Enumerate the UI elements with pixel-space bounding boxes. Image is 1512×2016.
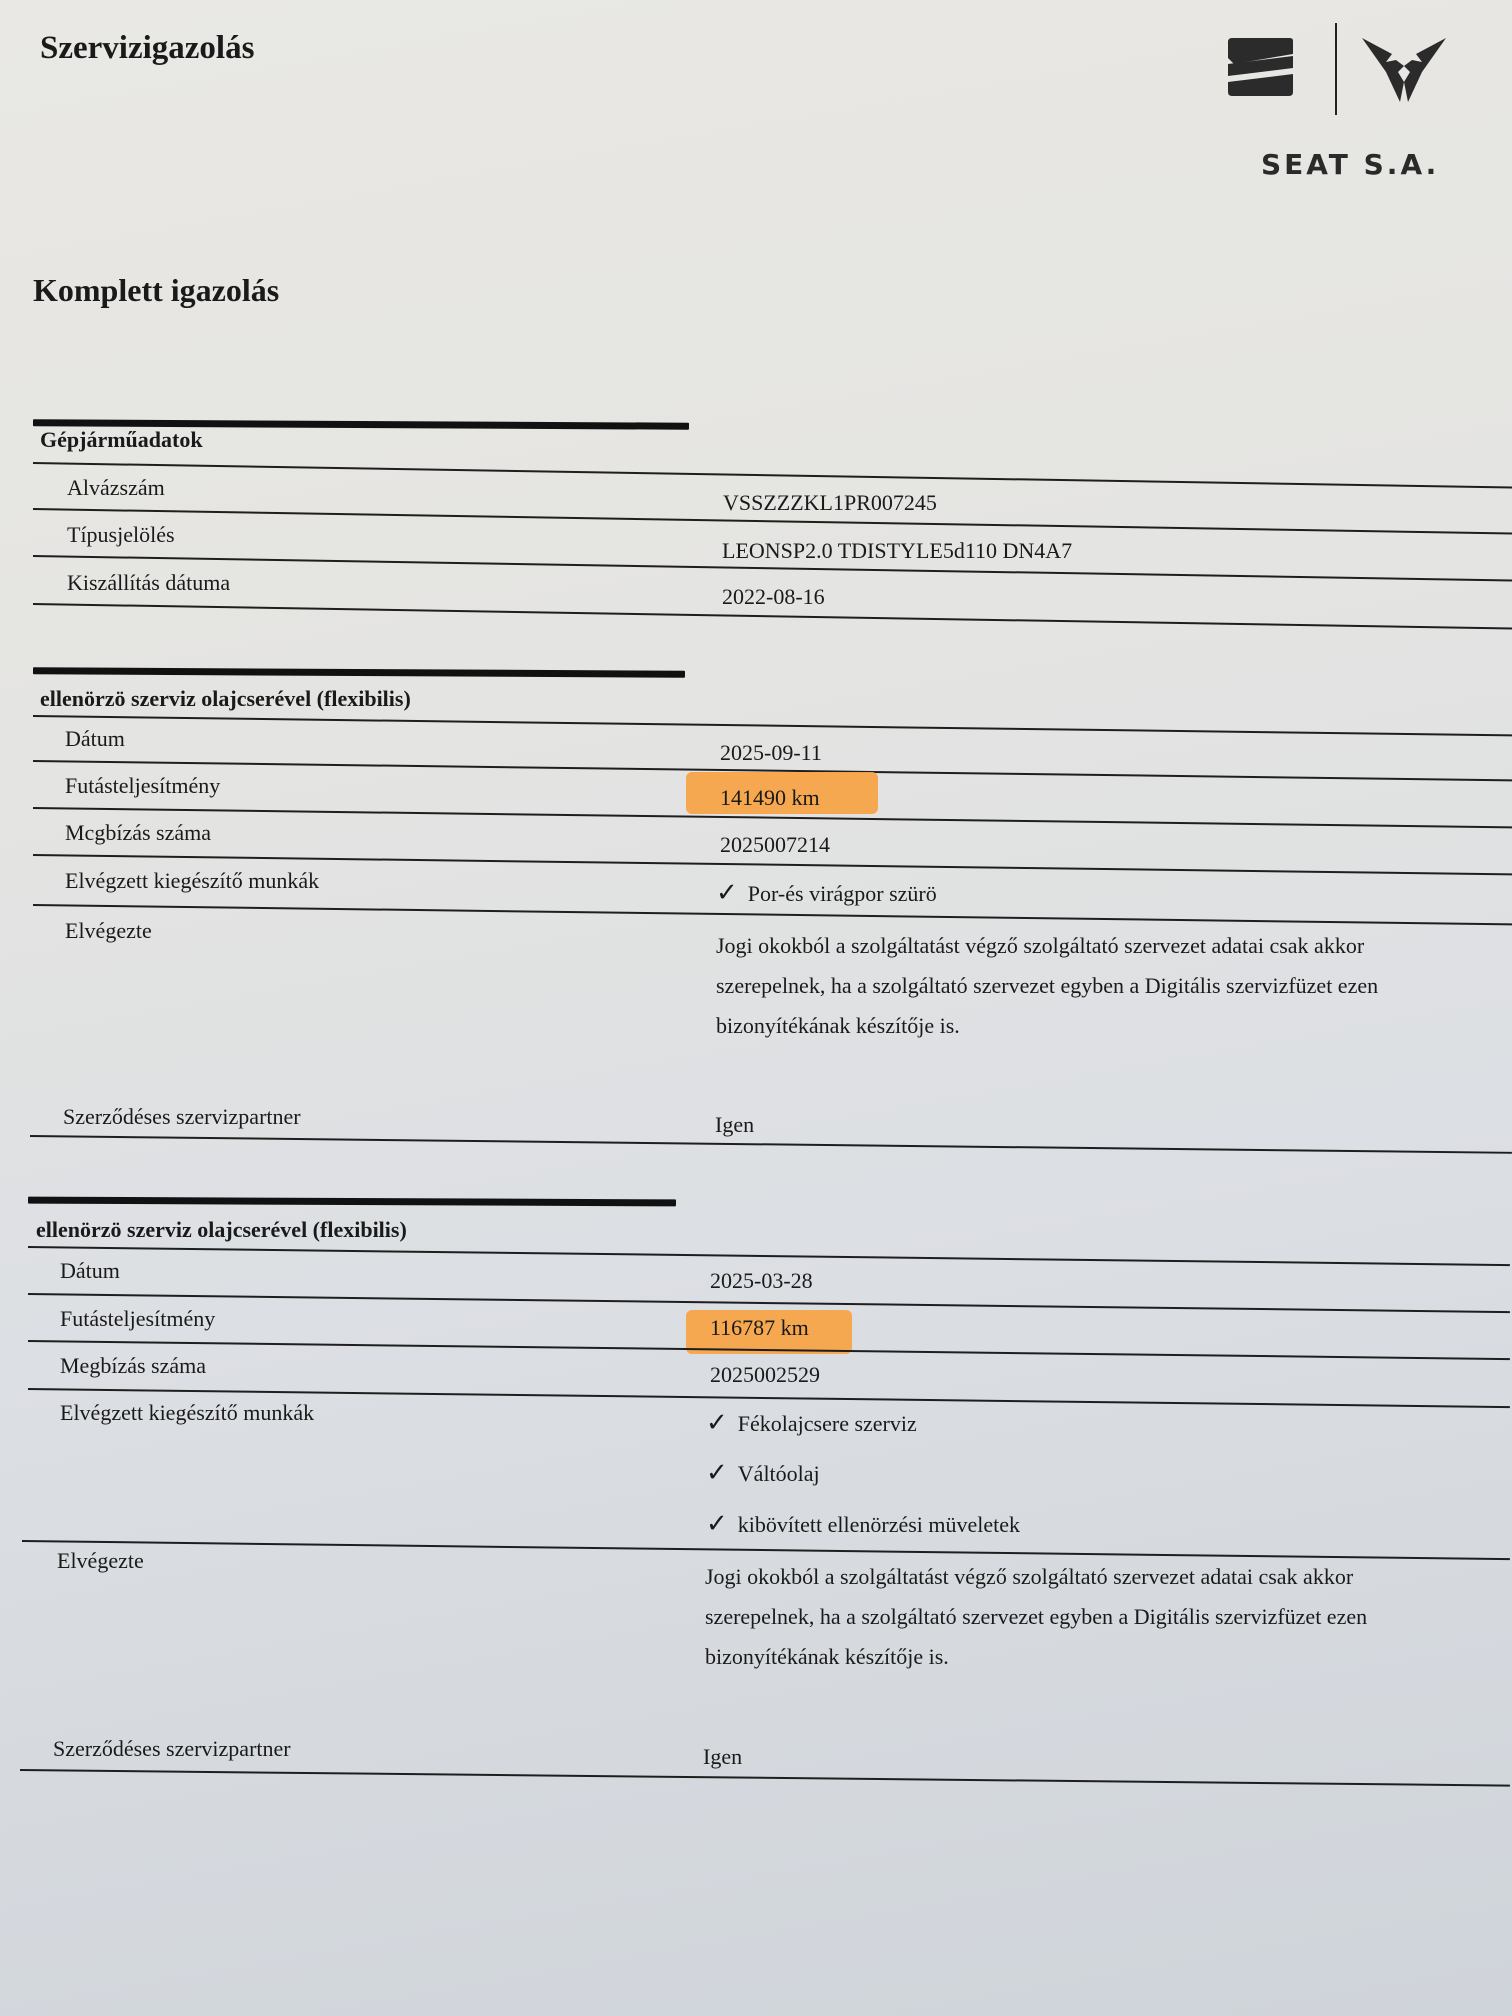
- seat-logo-icon: [1228, 38, 1293, 96]
- checkmark-icon: ✓: [706, 1458, 728, 1487]
- service-1-partner-label: Szerződéses szervizpartner: [63, 1104, 301, 1130]
- service-2-partner-label: Szerződéses szervizpartner: [53, 1736, 291, 1762]
- service-1-mileage: 141490 km: [720, 785, 820, 811]
- service-1-date: 2025-09-11: [720, 740, 822, 766]
- service-1-extra-label: Elvégzett kiegészítő munkák: [65, 868, 319, 894]
- service-2-date-label: Dátum: [60, 1258, 120, 1284]
- service-2-extra-item: ✓Fékolajcsere szerviz: [706, 1408, 917, 1438]
- service-2-mileage: 116787 km: [710, 1315, 809, 1341]
- service-2-order-label: Megbízás száma: [60, 1353, 206, 1379]
- document-title: Szervizigazolás: [40, 30, 254, 67]
- logo-divider: [1335, 23, 1337, 115]
- section-bar: [28, 1197, 676, 1207]
- delivery-date-label: Kiszállítás dátuma: [67, 570, 230, 596]
- type-value: LEONSP2.0 TDISTYLE5d110 DN4A7: [722, 538, 1072, 564]
- vehicle-section-title: Gépjárműadatok: [40, 427, 203, 453]
- service-1-extra-item: ✓Por-és virágpor szürö: [716, 878, 937, 908]
- divider: [33, 715, 1512, 736]
- service-1-partner: Igen: [715, 1112, 754, 1138]
- delivery-date-value: 2022-08-16: [722, 584, 825, 610]
- subtitle: Komplett igazolás: [33, 272, 279, 309]
- service-2-title: ellenörzö szerviz olajcserével (flexibil…: [36, 1217, 407, 1243]
- cupra-logo-icon: [1362, 38, 1446, 102]
- service-1-performed-text: Jogi okokból a szolgáltatást végző szolg…: [716, 926, 1476, 1046]
- brand-name: SEAT S.A.: [1261, 148, 1439, 181]
- vin-label: Alvázszám: [67, 475, 165, 501]
- service-2-extra-label: Elvégzett kiegészítő munkák: [60, 1400, 314, 1426]
- service-2-partner: Igen: [703, 1744, 742, 1770]
- service-2-extra-item: ✓Váltóolaj: [706, 1458, 820, 1488]
- service-2-mileage-label: Futásteljesítmény: [60, 1306, 215, 1332]
- service-1-order-label: Mcgbízás száma: [65, 820, 211, 846]
- service-1-mileage-label: Futásteljesítmény: [65, 773, 220, 799]
- brand-logo: SEAT S.A.: [1225, 20, 1425, 180]
- service-2-performed-label: Elvégezte: [57, 1548, 144, 1574]
- service-1-title: ellenörzö szerviz olajcserével (flexibil…: [40, 686, 411, 712]
- type-label: Típusjelölés: [67, 522, 175, 548]
- service-1-performed-label: Elvégezte: [65, 918, 152, 944]
- checkmark-icon: ✓: [716, 878, 738, 907]
- vin-value: VSSZZZKL1PR007245: [723, 490, 937, 516]
- checkmark-icon: ✓: [706, 1509, 728, 1538]
- divider: [33, 462, 1512, 489]
- divider: [20, 1769, 1510, 1787]
- service-2-order: 2025002529: [710, 1362, 820, 1388]
- section-bar: [33, 667, 685, 677]
- service-2-performed-text: Jogi okokból a szolgáltatást végző szolg…: [705, 1557, 1465, 1677]
- service-1-order: 2025007214: [720, 832, 830, 858]
- service-1-date-label: Dátum: [65, 726, 125, 752]
- checkmark-icon: ✓: [706, 1408, 728, 1437]
- divider: [30, 1135, 1512, 1154]
- service-2-extra-item: ✓kibövített ellenörzési müveletek: [706, 1509, 1020, 1539]
- service-2-date: 2025-03-28: [710, 1268, 813, 1294]
- divider: [28, 1246, 1510, 1266]
